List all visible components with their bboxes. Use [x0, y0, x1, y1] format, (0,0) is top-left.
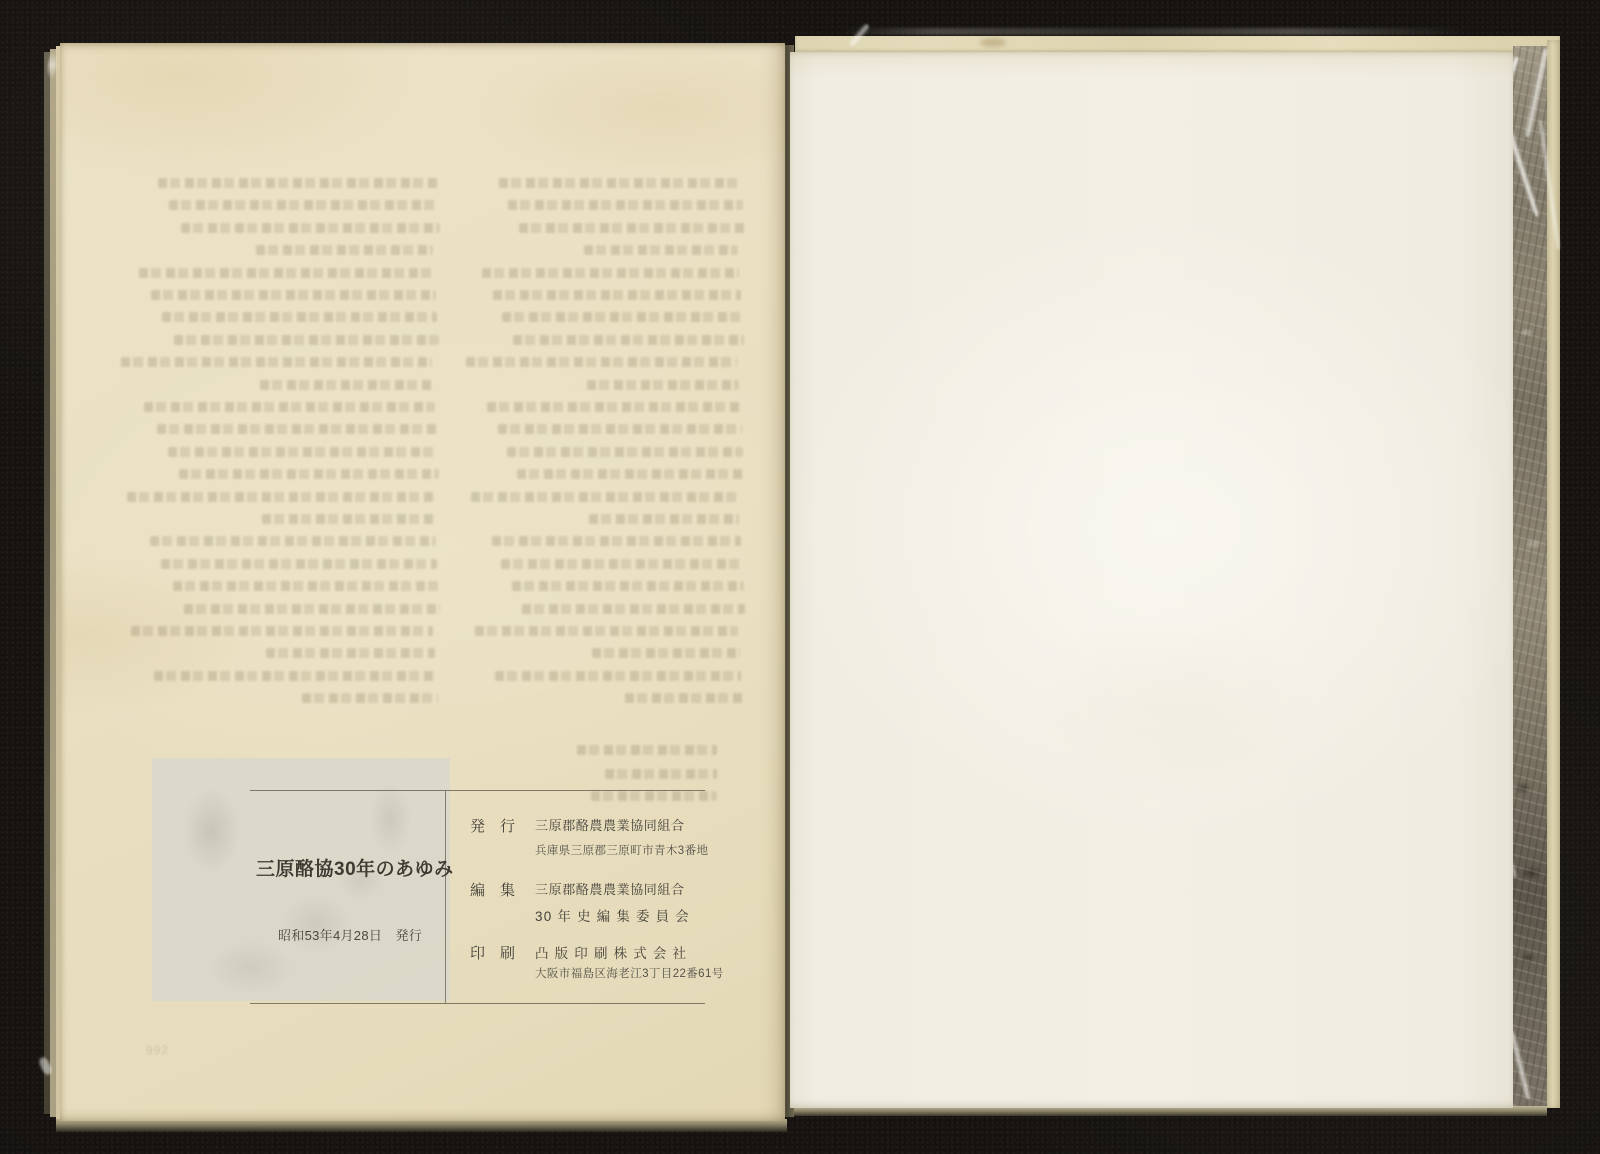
- showthrough-line: [302, 693, 438, 703]
- showthrough-line: [471, 492, 738, 502]
- showthrough-line: [127, 492, 433, 502]
- plastic-reflection-top: [840, 28, 1470, 35]
- showthrough-line: [466, 357, 737, 367]
- editor-name: 三原郡酪農農業協同組合: [535, 879, 685, 898]
- showthrough-line: [162, 312, 437, 322]
- cover-stain: [980, 38, 1006, 47]
- showthrough-line: [169, 200, 438, 210]
- showthrough-line: [495, 671, 741, 681]
- publisher-name: 三原郡酪農農業協同組合: [535, 815, 685, 834]
- showthrough-line: [144, 402, 435, 412]
- editor-label: 編 集: [470, 879, 515, 900]
- showthrough-line: [493, 290, 741, 300]
- showthrough-text-column-right: [470, 178, 745, 818]
- showthrough-line: [605, 769, 717, 779]
- cover-right-edge: [1547, 40, 1560, 1108]
- cover-top-edge: [795, 36, 1560, 53]
- publish-date: 昭和53年4月28日 発行: [278, 925, 422, 944]
- showthrough-line: [173, 581, 439, 591]
- showthrough-line: [498, 424, 742, 434]
- showthrough-line: [512, 581, 744, 591]
- printer-name: 凸 版 印 刷 株 式 会 社: [535, 942, 687, 962]
- showthrough-line: [513, 335, 744, 345]
- showthrough-line: [519, 223, 745, 233]
- showthrough-line: [584, 245, 738, 255]
- showthrough-line: [139, 268, 434, 278]
- book-photo-scene: 三原酪協30年のあゆみ 昭和53年4月28日 発行 発 行 三原郡酪農農業協同組…: [0, 0, 1600, 1154]
- showthrough-line: [482, 268, 739, 278]
- colophon-divider-line: [445, 791, 446, 1003]
- colophon-box: 三原酪協30年のあゆみ 昭和53年4月28日 発行 発 行 三原郡酪農農業協同組…: [250, 790, 705, 1004]
- showthrough-line: [131, 626, 433, 636]
- book-title: 三原酪協30年のあゆみ: [256, 854, 454, 881]
- faint-stamp: 992: [146, 1043, 170, 1058]
- showthrough-line: [121, 357, 432, 367]
- showthrough-line: [487, 402, 740, 412]
- showthrough-line: [168, 447, 438, 457]
- showthrough-line: [262, 514, 434, 524]
- printer-label: 印 刷: [470, 942, 515, 963]
- showthrough-line: [158, 178, 437, 188]
- cover-aerial-photo-strip: [1513, 46, 1547, 1106]
- showthrough-line: [181, 223, 440, 233]
- showthrough-line: [592, 648, 740, 658]
- right-page-blank: [790, 52, 1513, 1108]
- publisher-label: 発 行: [470, 815, 515, 836]
- showthrough-line: [256, 245, 433, 255]
- publisher-address: 兵庫県三原郡三原町市青木3番地: [535, 842, 708, 858]
- showthrough-line: [475, 626, 738, 636]
- showthrough-line: [507, 447, 743, 457]
- showthrough-line: [161, 559, 437, 569]
- showthrough-line: [502, 312, 742, 322]
- showthrough-line: [150, 536, 436, 546]
- printer-address: 大阪市福島区海老江3丁目22番61号: [535, 965, 724, 981]
- showthrough-line: [179, 469, 439, 479]
- editorial-committee: 30 年 史 編 集 委 員 会: [535, 905, 690, 925]
- showthrough-line: [184, 604, 440, 614]
- showthrough-line: [587, 380, 739, 390]
- showthrough-line: [522, 604, 745, 614]
- showthrough-line: [492, 536, 741, 546]
- showthrough-line: [157, 424, 437, 434]
- showthrough-line: [260, 380, 434, 390]
- showthrough-line: [508, 200, 743, 210]
- showthrough-line: [174, 335, 439, 345]
- showthrough-line: [577, 745, 717, 755]
- showthrough-line: [589, 514, 739, 524]
- showthrough-line: [499, 178, 742, 188]
- showthrough-line: [266, 648, 435, 658]
- showthrough-text-column-left: [125, 178, 440, 768]
- showthrough-line: [501, 559, 742, 569]
- left-page: 三原酪協30年のあゆみ 昭和53年4月28日 発行 発 行 三原郡酪農農業協同組…: [60, 43, 785, 1121]
- showthrough-line: [154, 671, 436, 681]
- showthrough-line: [625, 693, 743, 703]
- showthrough-line: [151, 290, 436, 300]
- showthrough-line: [517, 469, 744, 479]
